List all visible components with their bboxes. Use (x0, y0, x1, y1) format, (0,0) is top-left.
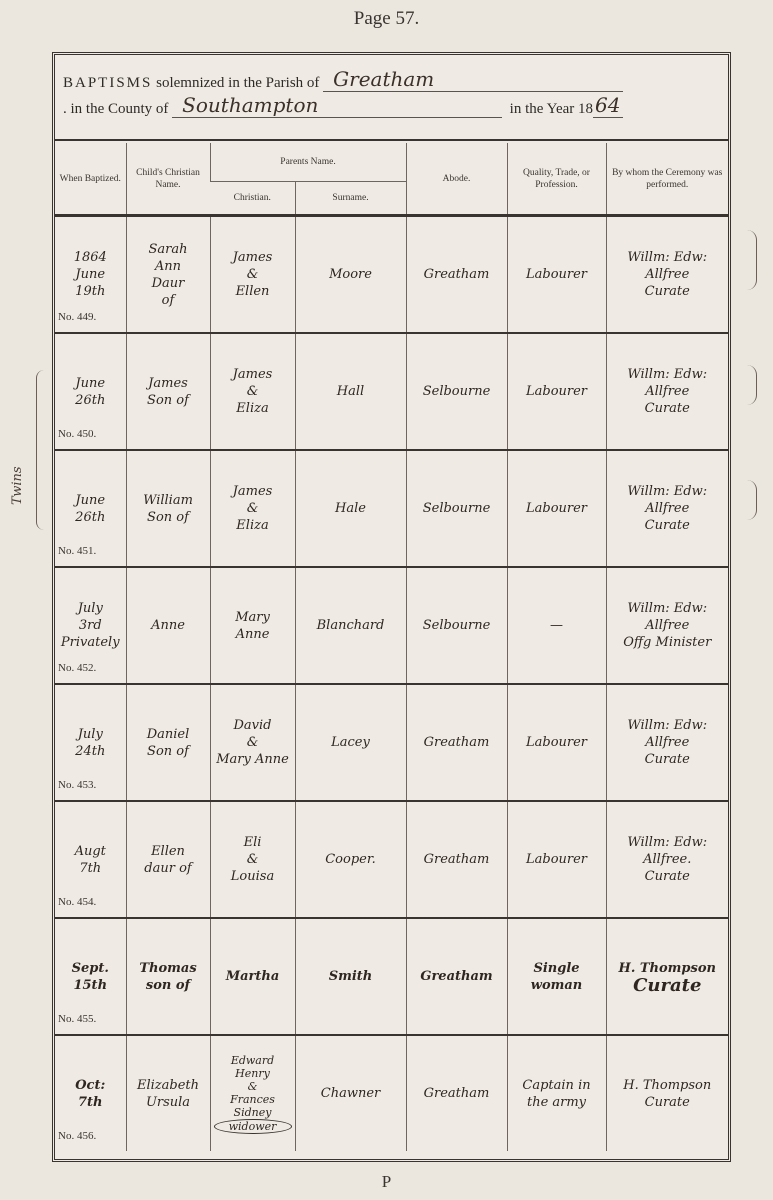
register-table: When Baptized. Child's Christian Name. P… (55, 143, 728, 1151)
when-cell: June26th No. 451. (55, 450, 126, 567)
brace-icon (36, 370, 45, 530)
page-number: Page 57. (0, 8, 773, 30)
year-field: 64 (593, 95, 623, 118)
county-prefix: . in the County of (63, 101, 168, 117)
by-whom-cell: H. ThompsonCurate (606, 918, 728, 1035)
when-cell: June26th No. 450. (55, 333, 126, 450)
when-cell: July3rdPrivately No. 452. (55, 567, 126, 684)
quality-cell: Labourer (507, 801, 606, 918)
quality-cell: Labourer (507, 450, 606, 567)
col-quality: Quality, Trade, or Profession. (507, 143, 606, 216)
col-parents-christian: Christian. (210, 182, 295, 216)
by-whom-cell: Willm: Edw: AllfreeCurate (606, 450, 728, 567)
baptism-register: BAPTISMS solemnized in the Parish of Gre… (52, 52, 731, 1162)
year-prefix: in the Year 18 (510, 101, 593, 117)
quality-cell: Single woman (507, 918, 606, 1035)
abode-cell: Greatham (406, 216, 507, 334)
entry-number: No. 456. (58, 1128, 96, 1145)
parents-christian-cell: Martha (210, 918, 295, 1035)
col-child: Child's Christian Name. (126, 143, 210, 216)
table-row: July24th No. 453. DanielSon of David&Mar… (55, 684, 728, 801)
parents-christian-cell: James&Eliza (210, 333, 295, 450)
table-row: July3rdPrivately No. 452. Anne MaryAnne … (55, 567, 728, 684)
title-caps: BAPTISMS (63, 75, 152, 91)
abode-cell: Greatham (406, 684, 507, 801)
when-cell: Sept.15th No. 455. (55, 918, 126, 1035)
child-cell: SarahAnnDaurof (126, 216, 210, 334)
parents-christian-cell: Eli&Louisa (210, 801, 295, 918)
col-abode: Abode. (406, 143, 507, 216)
right-bracket-icon (738, 365, 757, 405)
abode-cell: Greatham (406, 918, 507, 1035)
right-bracket-icon (738, 480, 757, 520)
quality-cell: Labourer (507, 216, 606, 334)
register-title: BAPTISMS solemnized in the Parish of Gre… (63, 69, 723, 121)
col-by-whom: By whom the Ceremony was performed. (606, 143, 728, 216)
margin-note-twins: Twins (6, 445, 46, 535)
when-cell: Oct:7th No. 456. (55, 1035, 126, 1151)
child-cell: JamesSon of (126, 333, 210, 450)
surname-cell: Moore (295, 216, 406, 334)
abode-cell: Greatham (406, 1035, 507, 1151)
parish-field: Greatham (323, 69, 623, 92)
entry-number: No. 449. (58, 309, 96, 326)
right-bracket-icon (738, 230, 757, 290)
signature-mark: P (0, 1172, 773, 1192)
title-rest: solemnized in the Parish of (152, 75, 319, 91)
child-cell: Ellendaur of (126, 801, 210, 918)
table-row: 1864June19th No. 449. SarahAnnDaurof Jam… (55, 216, 728, 334)
by-whom-cell: Willm: Edw: AllfreeCurate (606, 216, 728, 334)
by-whom-cell: Willm: Edw: AllfreeOffg Minister (606, 567, 728, 684)
quality-cell: Captain in the army (507, 1035, 606, 1151)
parents-christian-cell: MaryAnne (210, 567, 295, 684)
quality-cell: Labourer (507, 333, 606, 450)
child-cell: DanielSon of (126, 684, 210, 801)
abode-cell: Selbourne (406, 333, 507, 450)
entry-number: No. 453. (58, 777, 96, 794)
parents-christian-cell: James&Eliza (210, 450, 295, 567)
abode-cell: Greatham (406, 801, 507, 918)
table-row: Sept.15th No. 455. Thomasson of Martha S… (55, 918, 728, 1035)
entry-number: No. 454. (58, 894, 96, 911)
widower-note: widower (214, 1119, 292, 1134)
col-when: When Baptized. (55, 143, 126, 216)
abode-cell: Selbourne (406, 450, 507, 567)
surname-cell: Smith (295, 918, 406, 1035)
child-cell: Thomasson of (126, 918, 210, 1035)
table-row: June26th No. 450. JamesSon of James&Eliz… (55, 333, 728, 450)
entry-number: No. 452. (58, 660, 96, 677)
table-row: June26th No. 451. WilliamSon of James&El… (55, 450, 728, 567)
by-whom-cell: Willm: Edw: AllfreeCurate (606, 684, 728, 801)
surname-cell: Cooper. (295, 801, 406, 918)
entry-number: No. 455. (58, 1011, 96, 1028)
parents-christian-cell: EdwardHenry&Frances Sidney widower (210, 1035, 295, 1151)
child-cell: WilliamSon of (126, 450, 210, 567)
county-field: Southampton (172, 95, 502, 118)
by-whom-cell: Willm: Edw: Allfree.Curate (606, 801, 728, 918)
quality-cell: Labourer (507, 684, 606, 801)
by-whom-cell: H. ThompsonCurate (606, 1035, 728, 1151)
when-cell: July24th No. 453. (55, 684, 126, 801)
when-cell: 1864June19th No. 449. (55, 216, 126, 334)
entry-number: No. 451. (58, 543, 96, 560)
header-divider (55, 139, 728, 141)
parents-christian-cell: James&Ellen (210, 216, 295, 334)
surname-cell: Chawner (295, 1035, 406, 1151)
child-cell: Anne (126, 567, 210, 684)
abode-cell: Selbourne (406, 567, 507, 684)
by-whom-cell: Willm: Edw: AllfreeCurate (606, 333, 728, 450)
title-line-parish: BAPTISMS solemnized in the Parish of Gre… (63, 69, 723, 95)
table-row: Oct:7th No. 456. ElizabethUrsula EdwardH… (55, 1035, 728, 1151)
surname-cell: Hall (295, 333, 406, 450)
table-row: Augt7th No. 454. Ellendaur of Eli&Louisa… (55, 801, 728, 918)
parents-christian-cell: David&Mary Anne (210, 684, 295, 801)
entry-number: No. 450. (58, 426, 96, 443)
when-cell: Augt7th No. 454. (55, 801, 126, 918)
col-parents-surname: Surname. (295, 182, 406, 216)
child-cell: ElizabethUrsula (126, 1035, 210, 1151)
col-parents: Parents Name. (210, 143, 406, 182)
surname-cell: Lacey (295, 684, 406, 801)
title-line-county: . in the County of Southampton in the Ye… (63, 95, 723, 121)
surname-cell: Blanchard (295, 567, 406, 684)
margin-note-text: Twins (10, 466, 25, 505)
surname-cell: Hale (295, 450, 406, 567)
quality-cell: — (507, 567, 606, 684)
